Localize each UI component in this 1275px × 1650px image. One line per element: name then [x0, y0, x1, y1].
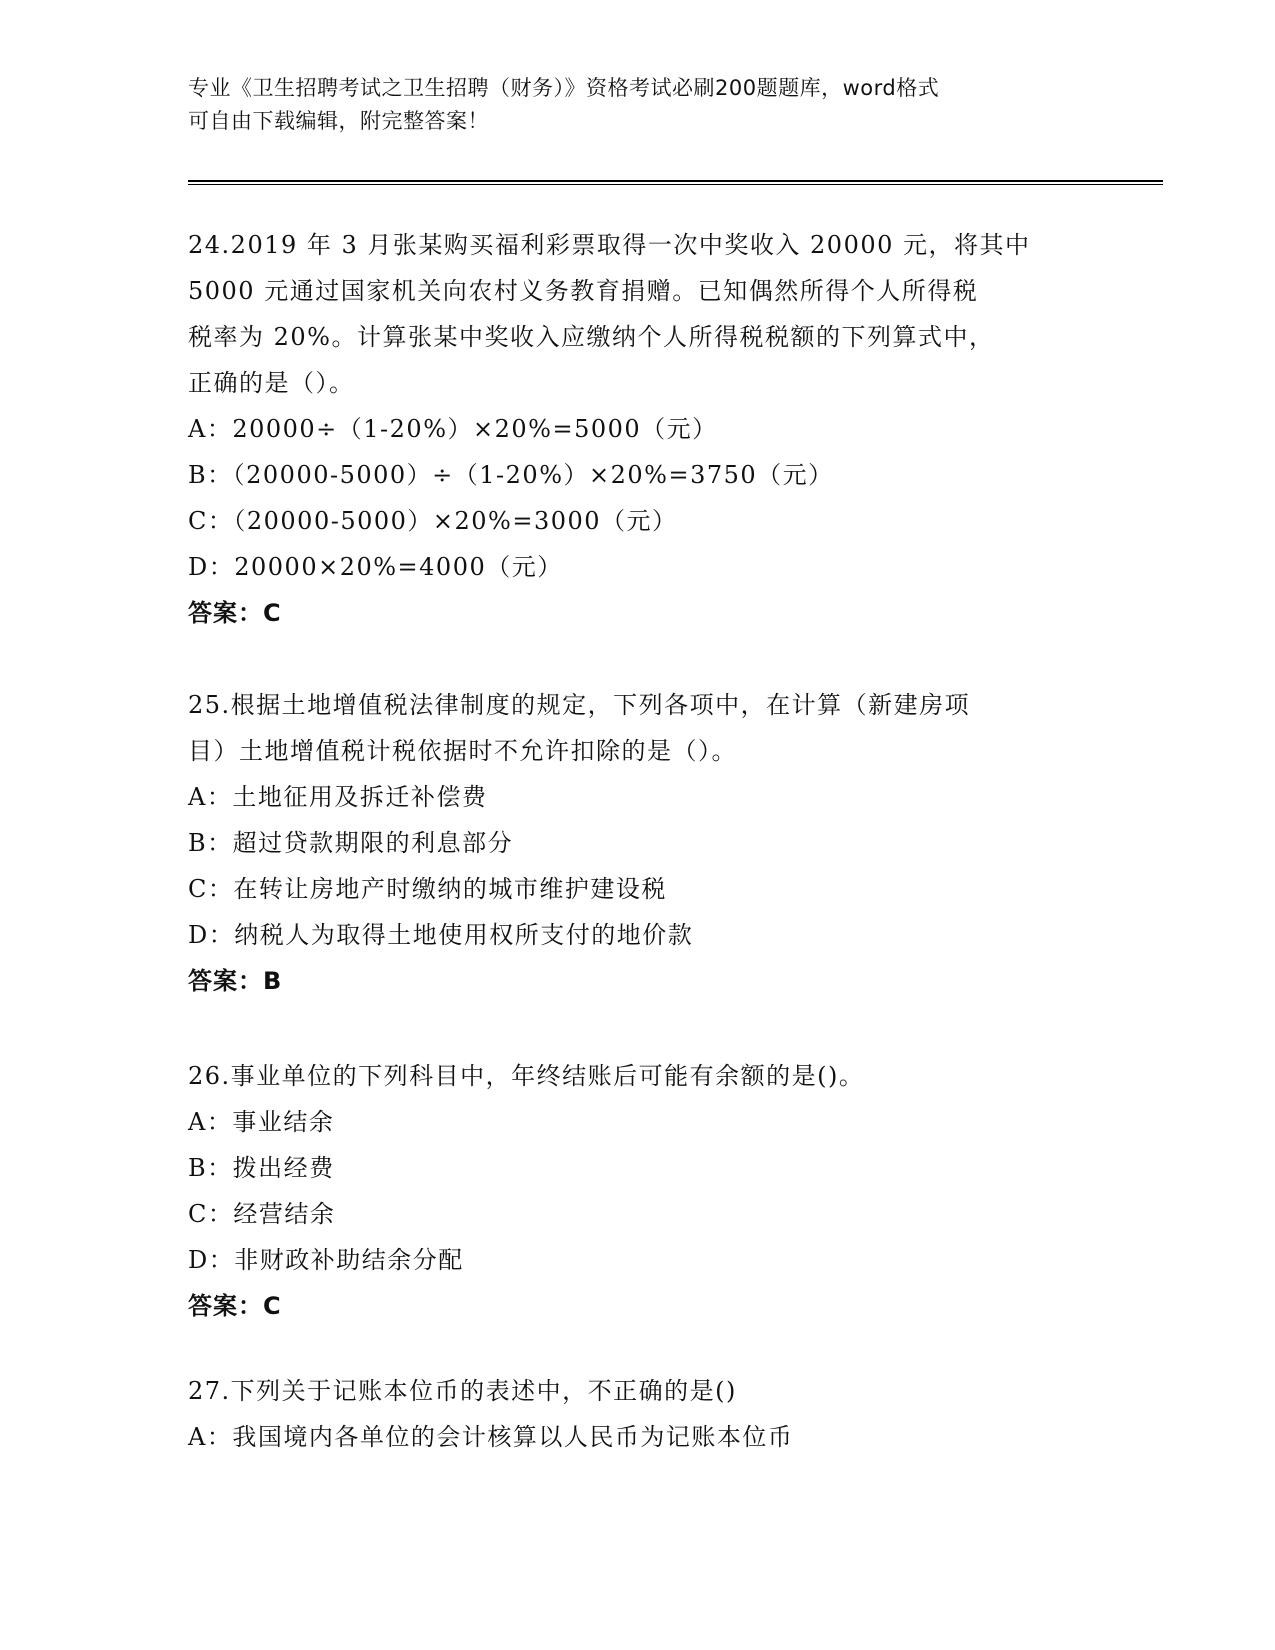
option-b: B：拨出经费 — [188, 1145, 1088, 1191]
question-stem-line: 税率为 20%。计算张某中奖收入应缴纳个人所得税税额的下列算式中， — [188, 314, 1088, 360]
question-27: 27.下列关于记账本位币的表述中，不正确的是() A：我国境内各单位的会计核算以… — [188, 1368, 1088, 1460]
answer: 答案：C — [188, 1283, 1088, 1329]
option-b: B：超过贷款期限的利息部分 — [188, 820, 1088, 866]
document-page: 专业《卫生招聘考试之卫生招聘（财务）》资格考试必刷200题题库，word格式 可… — [0, 0, 1275, 1650]
answer: 答案：B — [188, 958, 1088, 1004]
header-line-2: 可自由下载编辑，附完整答案！ — [188, 105, 1068, 138]
question-stem-line: 正确的是（）。 — [188, 360, 1088, 406]
option-a: A：20000÷（1-20%）×20%=5000（元） — [188, 406, 1088, 452]
question-stem-line: 5000 元通过国家机关向农村义务教育捐赠。已知偶然所得个人所得税 — [188, 268, 1088, 314]
question-stem-line: 24.2019 年 3 月张某购买福利彩票取得一次中奖收入 20000 元，将其… — [188, 222, 1088, 268]
option-c: C：（20000-5000）×20%=3000（元） — [188, 498, 1088, 544]
document-header: 专业《卫生招聘考试之卫生招聘（财务）》资格考试必刷200题题库，word格式 可… — [188, 72, 1068, 138]
option-c: C：在转让房地产时缴纳的城市维护建设税 — [188, 866, 1088, 912]
header-line-1: 专业《卫生招聘考试之卫生招聘（财务）》资格考试必刷200题题库，word格式 — [188, 72, 1068, 105]
option-b: B：（20000-5000）÷（1-20%）×20%=3750（元） — [188, 452, 1088, 498]
question-stem-line: 目）土地增值税计税依据时不允许扣除的是（）。 — [188, 728, 1088, 774]
question-26: 26.事业单位的下列科目中，年终结账后可能有余额的是()。 A：事业结余 B：拨… — [188, 1053, 1088, 1329]
question-stem-line: 27.下列关于记账本位币的表述中，不正确的是() — [188, 1368, 1088, 1414]
option-d: D：纳税人为取得土地使用权所支付的地价款 — [188, 912, 1088, 958]
header-divider-thin — [188, 184, 1163, 185]
question-24: 24.2019 年 3 月张某购买福利彩票取得一次中奖收入 20000 元，将其… — [188, 222, 1088, 636]
question-stem-line: 26.事业单位的下列科目中，年终结账后可能有余额的是()。 — [188, 1053, 1088, 1099]
answer: 答案：C — [188, 590, 1088, 636]
question-stem-line: 25.根据土地增值税法律制度的规定，下列各项中，在计算（新建房项 — [188, 682, 1088, 728]
option-a: A：土地征用及拆迁补偿费 — [188, 774, 1088, 820]
question-25: 25.根据土地增值税法律制度的规定，下列各项中，在计算（新建房项 目）土地增值税… — [188, 682, 1088, 1004]
header-divider-thick — [188, 180, 1163, 182]
option-d: D：20000×20%=4000（元） — [188, 544, 1088, 590]
option-c: C：经营结余 — [188, 1191, 1088, 1237]
option-d: D：非财政补助结余分配 — [188, 1237, 1088, 1283]
option-a: A：事业结余 — [188, 1099, 1088, 1145]
option-a: A：我国境内各单位的会计核算以人民币为记账本位币 — [188, 1414, 1088, 1460]
